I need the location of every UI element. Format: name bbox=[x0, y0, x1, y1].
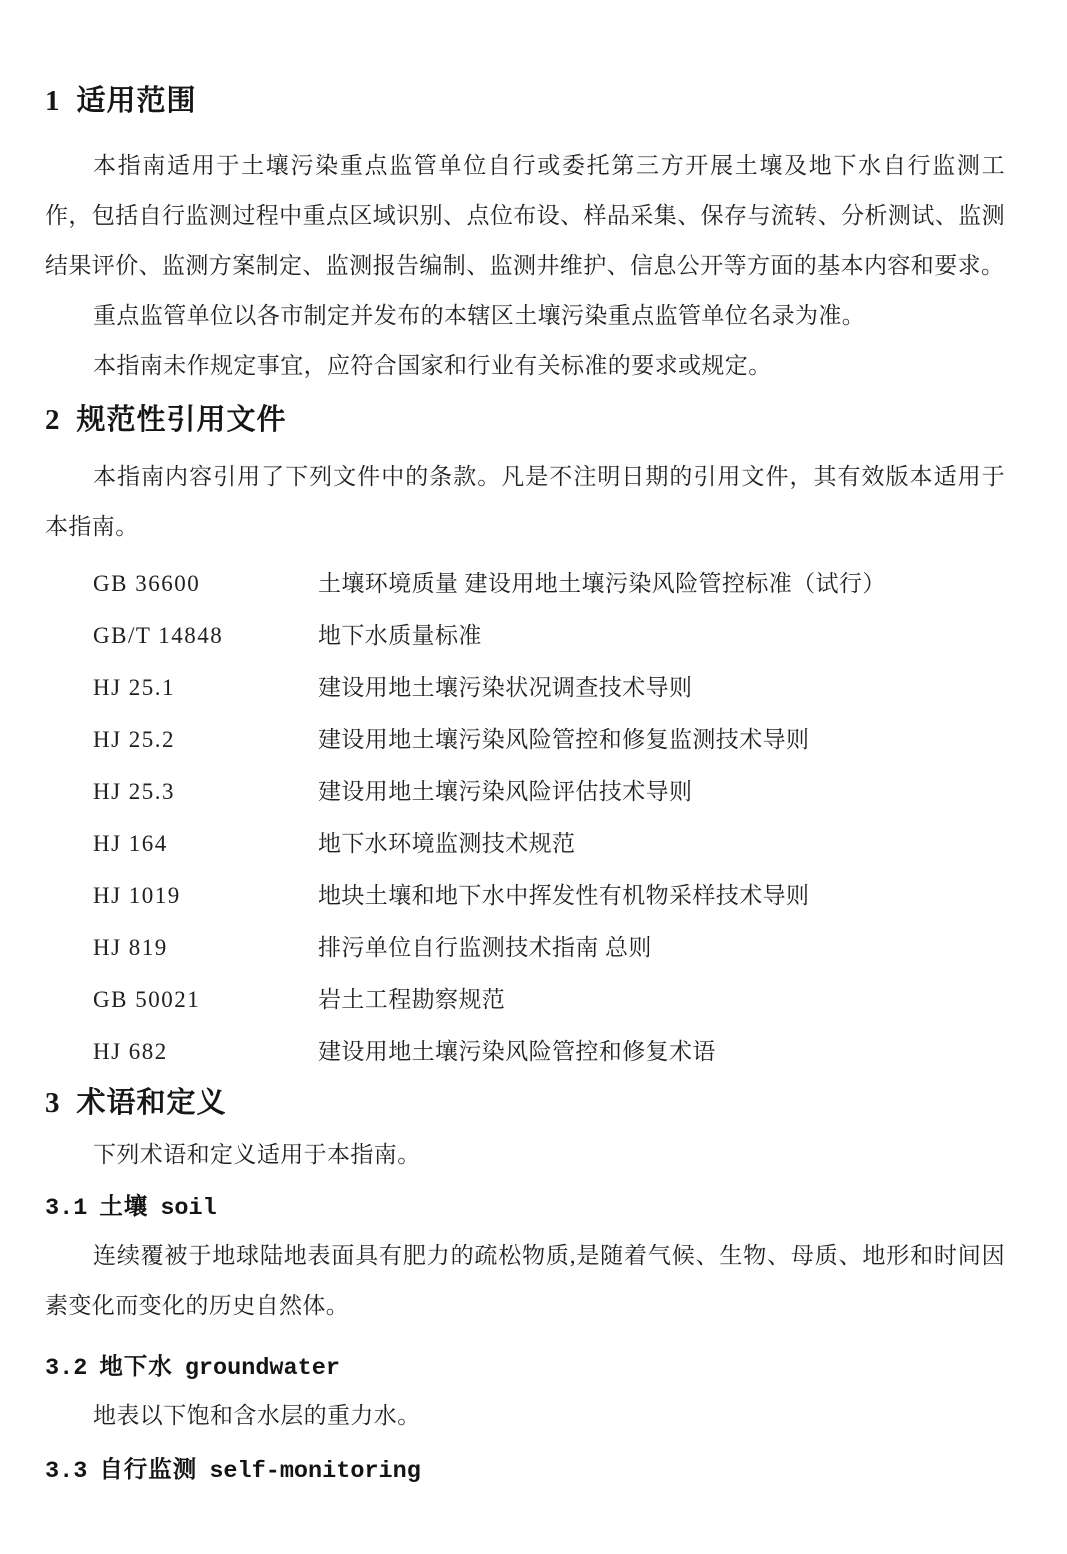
section-2-heading: 2规范性引用文件 bbox=[45, 403, 1005, 438]
term-name-en: soil bbox=[160, 1195, 216, 1222]
reference-item: GB 36600 土壤环境质量 建设用地土壤污染风险管控标准（试行） bbox=[45, 558, 1005, 610]
section-1-number: 1 bbox=[45, 85, 61, 117]
reference-code: GB 50021 bbox=[93, 974, 318, 1026]
reference-item: HJ 1019 地块土壤和地下水中挥发性有机物采样技术导则 bbox=[45, 870, 1005, 922]
reference-title: 地块土壤和地下水中挥发性有机物采样技术导则 bbox=[318, 870, 1005, 922]
reference-code: HJ 25.3 bbox=[93, 766, 318, 818]
reference-title: 岩土工程勘察规范 bbox=[318, 974, 1005, 1026]
section-1-paragraph-1: 本指南适用于土壤污染重点监管单位自行或委托第三方开展土壤及地下水自行监测工作，包… bbox=[45, 141, 1005, 291]
section-1-paragraph-3: 本指南未作规定事宜，应符合国家和行业有关标准的要求或规定。 bbox=[45, 341, 1005, 391]
section-3-heading: 3术语和定义 bbox=[45, 1086, 1005, 1121]
term-name-zh: 土壤 bbox=[99, 1193, 148, 1219]
term-name-zh: 地下水 bbox=[99, 1353, 173, 1379]
section-3-number: 3 bbox=[45, 1087, 61, 1119]
document-content: 1适用范围 本指南适用于土壤污染重点监管单位自行或委托第三方开展土壤及地下水自行… bbox=[45, 84, 1005, 1487]
section-1-heading: 1适用范围 bbox=[45, 84, 1005, 119]
reference-item: HJ 25.1 建设用地土壤污染状况调查技术导则 bbox=[45, 662, 1005, 714]
reference-code: HJ 819 bbox=[93, 922, 318, 974]
references-list: GB 36600 土壤环境质量 建设用地土壤污染风险管控标准（试行） GB/T … bbox=[45, 558, 1005, 1078]
section-2-paragraph-1: 本指南内容引用了下列文件中的条款。凡是不注明日期的引用文件，其有效版本适用于本指… bbox=[45, 452, 1005, 552]
term-number: 3.2 bbox=[45, 1355, 87, 1382]
reference-code: GB/T 14848 bbox=[93, 610, 318, 662]
section-3-intro: 下列术语和定义适用于本指南。 bbox=[45, 1130, 1005, 1180]
section-2-number: 2 bbox=[45, 404, 61, 436]
reference-title: 土壤环境质量 建设用地土壤污染风险管控标准（试行） bbox=[318, 558, 1005, 610]
term-name-zh: 自行监测 bbox=[99, 1456, 197, 1482]
reference-item: GB/T 14848 地下水质量标准 bbox=[45, 610, 1005, 662]
section-1-title: 适用范围 bbox=[77, 85, 197, 117]
reference-item: HJ 25.3 建设用地土壤污染风险评估技术导则 bbox=[45, 766, 1005, 818]
reference-item: HJ 25.2 建设用地土壤污染风险管控和修复监测技术导则 bbox=[45, 714, 1005, 766]
term-number: 3.1 bbox=[45, 1195, 87, 1222]
term-heading-self-monitoring: 3.3自行监测self-monitoring bbox=[45, 1454, 1005, 1487]
term-heading-soil: 3.1土壤soil bbox=[45, 1191, 1005, 1224]
reference-code: HJ 164 bbox=[93, 818, 318, 870]
term-definition-soil: 连续覆被于地球陆地表面具有肥力的疏松物质,是随着气候、生物、母质、地形和时间因素… bbox=[45, 1231, 1005, 1331]
reference-code: HJ 1019 bbox=[93, 870, 318, 922]
document-page: 1适用范围 本指南适用于土壤污染重点监管单位自行或委托第三方开展土壤及地下水自行… bbox=[0, 0, 1067, 1554]
term-definition-groundwater: 地表以下饱和含水层的重力水。 bbox=[45, 1391, 1005, 1441]
reference-code: HJ 682 bbox=[93, 1026, 318, 1078]
reference-code: GB 36600 bbox=[93, 558, 318, 610]
reference-item: HJ 682 建设用地土壤污染风险管控和修复术语 bbox=[45, 1026, 1005, 1078]
reference-title: 地下水质量标准 bbox=[318, 610, 1005, 662]
reference-item: GB 50021 岩土工程勘察规范 bbox=[45, 974, 1005, 1026]
reference-title: 排污单位自行监测技术指南 总则 bbox=[318, 922, 1005, 974]
section-1-paragraph-2: 重点监管单位以各市制定并发布的本辖区土壤污染重点监管单位名录为准。 bbox=[45, 291, 1005, 341]
reference-code: HJ 25.2 bbox=[93, 714, 318, 766]
reference-title: 地下水环境监测技术规范 bbox=[318, 818, 1005, 870]
reference-title: 建设用地土壤污染风险评估技术导则 bbox=[318, 766, 1005, 818]
reference-title: 建设用地土壤污染状况调查技术导则 bbox=[318, 662, 1005, 714]
section-2-title: 规范性引用文件 bbox=[77, 404, 287, 436]
term-name-en: groundwater bbox=[185, 1355, 340, 1382]
term-heading-groundwater: 3.2地下水groundwater bbox=[45, 1351, 1005, 1384]
reference-title: 建设用地土壤污染风险管控和修复术语 bbox=[318, 1026, 1005, 1078]
reference-code: HJ 25.1 bbox=[93, 662, 318, 714]
section-3-title: 术语和定义 bbox=[77, 1087, 227, 1119]
term-number: 3.3 bbox=[45, 1458, 87, 1485]
reference-item: HJ 819 排污单位自行监测技术指南 总则 bbox=[45, 922, 1005, 974]
reference-title: 建设用地土壤污染风险管控和修复监测技术导则 bbox=[318, 714, 1005, 766]
term-name-en: self-monitoring bbox=[209, 1458, 421, 1485]
reference-item: HJ 164 地下水环境监测技术规范 bbox=[45, 818, 1005, 870]
